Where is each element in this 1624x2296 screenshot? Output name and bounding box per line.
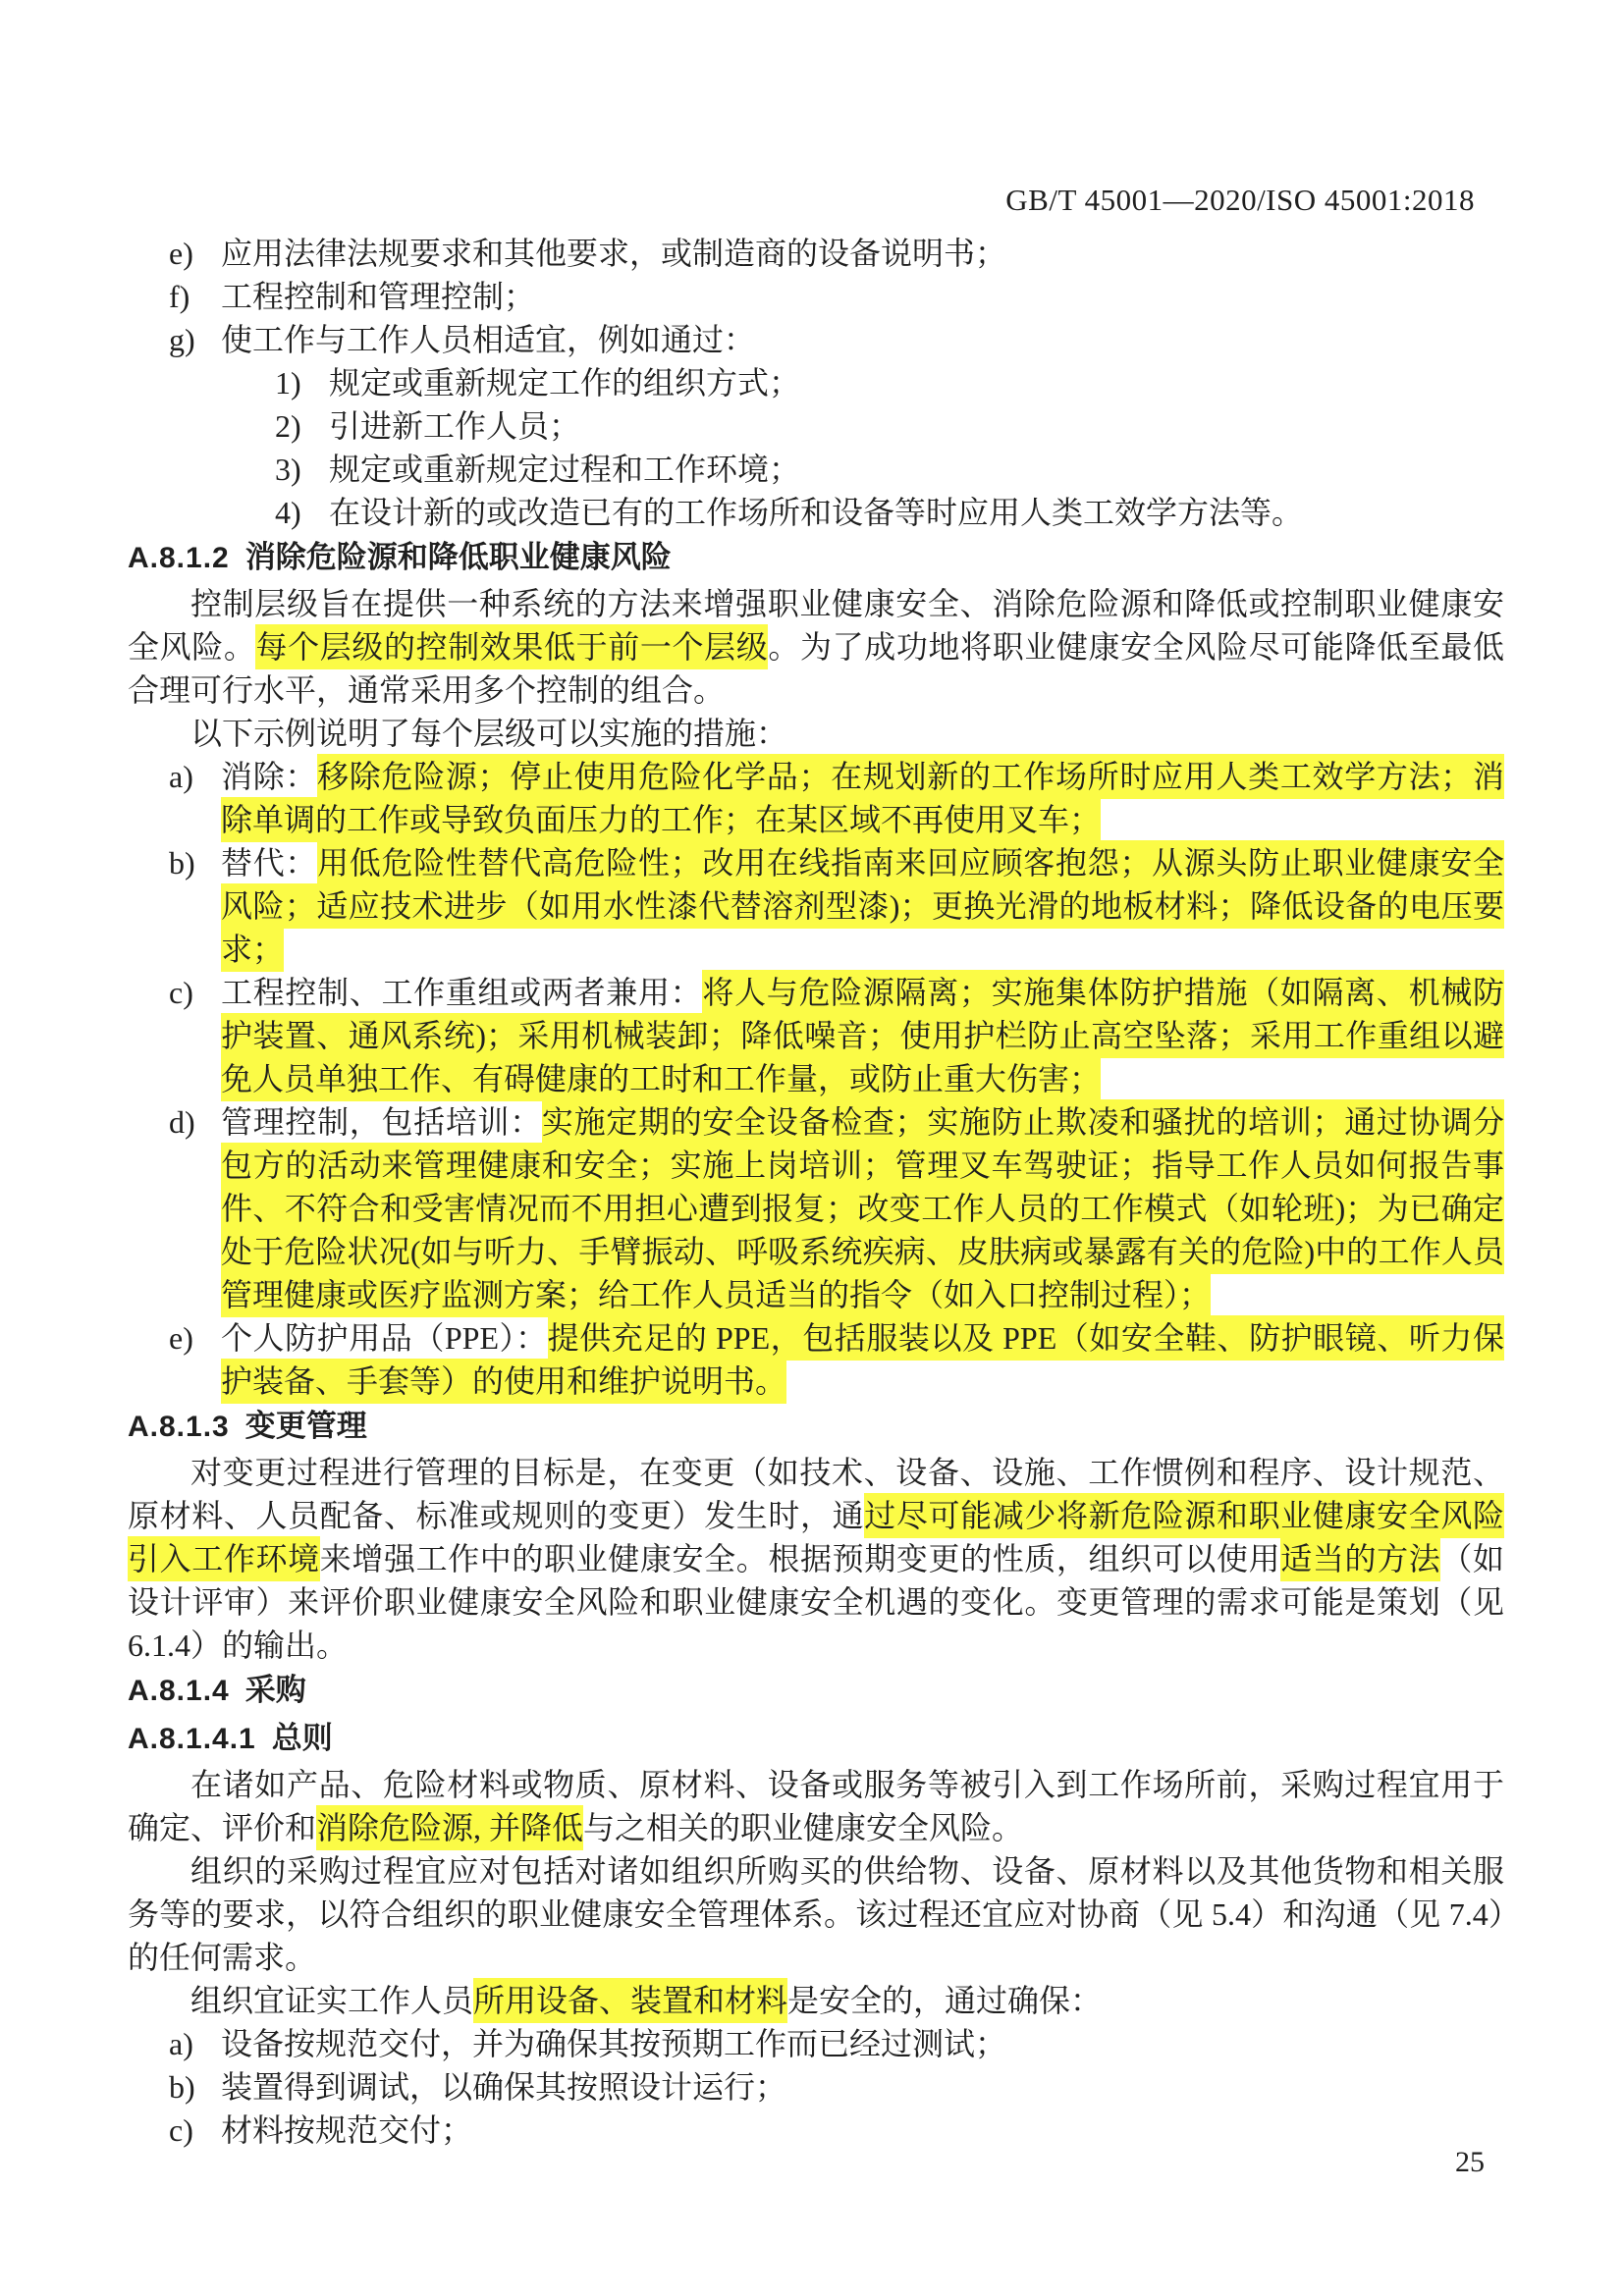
text-run: 材料按规范交付； [221,2112,472,2148]
paragraph: 组织宜证实工作人员所用设备、装置和材料是安全的，通过确保： [128,1979,1504,2022]
list-item: b)替代：用低危险性替代高危险性；改用在线指南来回应顾客抱怨；从源头防止职业健康… [128,841,1504,971]
list-marker: 4) [275,491,301,534]
standard-number: GB/T 45001—2020/ISO 45001:2018 [1005,183,1475,217]
list-item: e)应用法律法规要求和其他要求，或制造商的设备说明书； [128,232,1504,275]
paragraph: 在诸如产品、危险材料或物质、原材料、设备或服务等被引入到工作场所前，采购过程宜用… [128,1763,1504,1849]
text-run: 管理控制，包括培训： [221,1104,542,1140]
list-item: a)消除：移除危险源；停止使用危险化学品；在规划新的工作场所时应用人类工效学方法… [128,755,1504,841]
list-item: 2)引进新工作人员； [128,404,1504,448]
list-item: 4)在设计新的或改造已有的工作场所和设备等时应用人类工效学方法等。 [128,491,1504,534]
section-title: 采购 [245,1673,306,1707]
list-item: g)使工作与工作人员相适宜，例如通过： [128,318,1504,361]
paragraph: 组织的采购过程宜应对包括对诸如组织所购买的供给物、设备、原材料以及其他货物和相关… [128,1849,1504,1979]
text-run: 在设计新的或改造已有的工作场所和设备等时应用人类工效学方法等。 [329,495,1303,530]
list-item: 1)规定或重新规定工作的组织方式； [128,361,1504,404]
section-title: 变更管理 [245,1409,367,1443]
text-run: 消除： [221,759,317,794]
document-page: GB/T 45001—2020/ISO 45001:2018 e)应用法律法规要… [0,0,1624,2296]
paragraph: 对变更过程进行管理的目标是，在变更（如技术、设备、设施、工作惯例和程序、设计规范… [128,1451,1504,1667]
text-run: 移除危险源；停止使用危险化学品；在规划新的工作场所时应用人类工效学方法；消除单调… [221,754,1504,842]
section-heading: A.8.1.4采购 [128,1667,1504,1715]
section-heading: A.8.1.4.1总则 [128,1715,1504,1763]
list-marker: c) [169,971,193,1014]
text-run: 引进新工作人员； [329,408,580,444]
text-run: 消除危险源, 并降低 [316,1805,583,1850]
section-number: A.8.1.4 [128,1675,230,1707]
list-marker: e) [169,232,193,275]
section-number: A.8.1.4.1 [128,1723,256,1755]
section-heading: A.8.1.2消除危险源和降低职业健康风险 [128,534,1504,582]
document-body: e)应用法律法规要求和其他要求，或制造商的设备说明书；f)工程控制和管理控制；g… [128,232,1504,2152]
text-run: 替代： [221,845,317,881]
paragraph: 控制层级旨在提供一种系统的方法来增强职业健康安全、消除危险源和降低或控制职业健康… [128,582,1504,712]
text-run: 以下示例说明了每个层级可以实施的措施： [190,716,787,751]
list-marker: a) [169,2022,193,2065]
section-title: 消除危险源和降低职业健康风险 [245,540,672,574]
text-run: 规定或重新规定过程和工作环境； [329,452,800,487]
text-run: 设备按规范交付，并为确保其按预期工作而已经过测试； [221,2026,1006,2061]
section-number: A.8.1.2 [128,542,230,574]
list-marker: g) [169,318,195,361]
text-run: 组织的采购过程宜应对包括对诸如组织所购买的供给物、设备、原材料以及其他货物和相关… [128,1853,1504,1975]
section-heading: A.8.1.3变更管理 [128,1403,1504,1451]
section-number: A.8.1.3 [128,1411,230,1443]
list-marker: f) [169,275,189,318]
text-run: 规定或重新规定工作的组织方式； [329,365,800,400]
page-number: 25 [1455,2146,1485,2178]
text-run: 应用法律法规要求和其他要求，或制造商的设备说明书； [221,236,1006,271]
page-header: GB/T 45001—2020/ISO 45001:2018 [1005,183,1475,218]
list-marker: b) [169,2065,195,2109]
list-item: e)个人防护用品（PPE）：提供充足的 PPE，包括服装以及 PPE（如安全鞋、… [128,1316,1504,1403]
text-run: 所用设备、装置和材料 [473,1978,787,2023]
paragraph: 以下示例说明了每个层级可以实施的措施： [128,712,1504,755]
page-footer: 25 [1455,2146,1485,2179]
list-marker: a) [169,755,193,798]
list-marker: b) [169,841,195,884]
text-run: 与之相关的职业健康安全风险。 [583,1810,1023,1845]
list-item: b)装置得到调试，以确保其按照设计运行； [128,2065,1504,2109]
text-run: 用低危险性替代高危险性；改用在线指南来回应顾客抱怨；从源头防止职业健康安全风险；… [221,840,1504,972]
text-run: 组织宜证实工作人员 [190,1983,473,2018]
list-marker: e) [169,1316,193,1360]
list-item: c)材料按规范交付； [128,2109,1504,2152]
list-item: f)工程控制和管理控制； [128,275,1504,318]
list-item: c)工程控制、工作重组或两者兼用：将人与危险源隔离；实施集体防护措施（如隔离、机… [128,971,1504,1100]
text-run: 使工作与工作人员相适宜，例如通过： [221,322,755,357]
list-marker: 1) [275,361,301,404]
text-run: 适当的方法 [1280,1536,1440,1581]
text-run: 来增强工作中的职业健康安全。根据预期变更的性质，组织可以使用 [320,1541,1281,1576]
list-marker: 2) [275,404,301,448]
text-run: 工程控制、工作重组或两者兼用： [221,975,702,1010]
section-title: 总则 [272,1721,333,1755]
list-item: 3)规定或重新规定过程和工作环境； [128,448,1504,491]
text-run: 工程控制和管理控制； [221,279,535,314]
text-run: 是安全的，通过确保： [787,1983,1102,2018]
list-item: d)管理控制，包括培训：实施定期的安全设备检查；实施防止欺凌和骚扰的培训；通过协… [128,1100,1504,1316]
list-marker: d) [169,1100,195,1144]
list-marker: c) [169,2109,193,2152]
list-marker: 3) [275,448,301,491]
list-item: a)设备按规范交付，并为确保其按预期工作而已经过测试； [128,2022,1504,2065]
text-run: 装置得到调试，以确保其按照设计运行； [221,2069,786,2105]
text-run: 个人防护用品（PPE）： [221,1320,548,1356]
text-run: 每个层级的控制效果低于前一个层级 [255,624,768,669]
